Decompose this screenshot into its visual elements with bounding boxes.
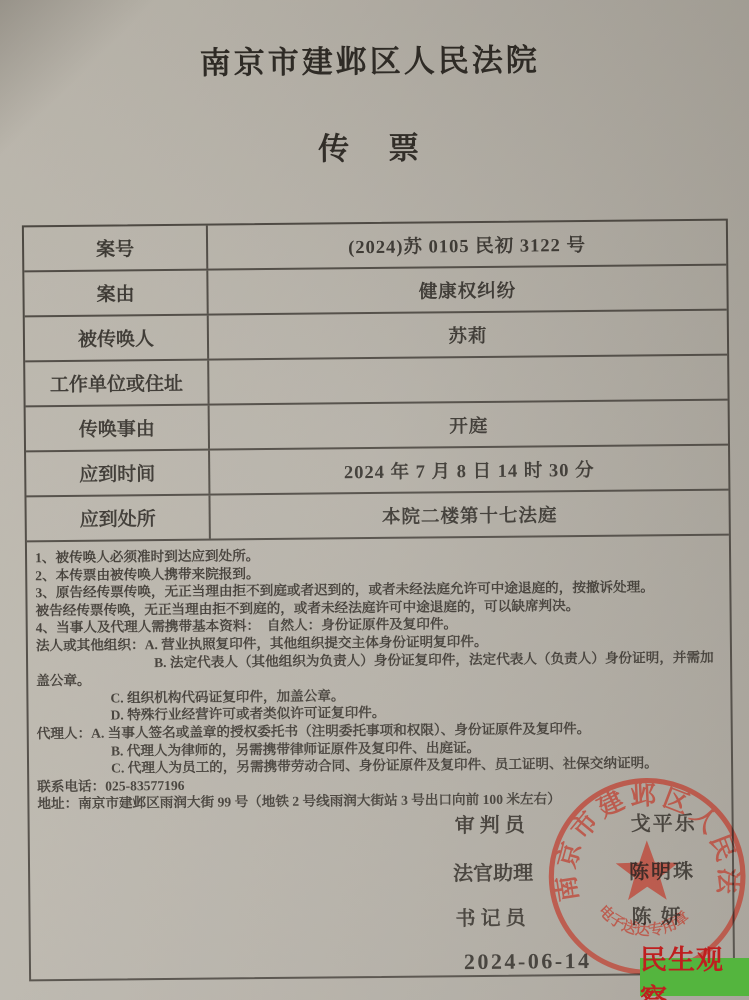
row-value: 本院二楼第十七法庭 [210,491,728,539]
svg-text:电子送达专用章: 电子送达专用章 [595,900,693,939]
row-label: 被传唤人 [25,316,209,361]
row-label: 案由 [24,271,208,316]
table-row: 应到时间 2024 年 7 月 8 日 14 时 30 分 [26,446,728,498]
table-row: 应到处所 本院二楼第十七法庭 [26,491,728,543]
row-label: 应到处所 [26,496,210,541]
document-title: 传 票 [0,119,745,171]
table-row: 传唤事由 开庭 [26,401,728,453]
court-name: 南京市建邺区人民法院 [0,32,744,84]
seal-bottom-text: 电子送达专用章 [595,900,693,939]
table-row: 被传唤人 苏莉 [25,311,727,363]
row-value [209,356,727,404]
seal-star [615,840,678,900]
row-label: 工作单位或住址 [25,361,209,406]
table-row: 工作单位或住址 [25,356,727,408]
paper: 南京市建邺区人民法院 传 票 案号 (2024)苏 0105 民初 3122 号… [0,0,749,1000]
row-value: 2024 年 7 月 8 日 14 时 30 分 [210,446,728,494]
row-value: 开庭 [210,401,728,449]
table-row: 案号 (2024)苏 0105 民初 3122 号 [24,221,726,273]
table-row: 案由 健康权纠纷 [24,266,726,318]
row-value: (2024)苏 0105 民初 3122 号 [208,221,726,269]
row-value: 苏莉 [209,311,727,359]
row-label: 传唤事由 [26,406,210,451]
row-label: 案号 [24,226,208,271]
row-label: 应到时间 [26,451,210,496]
row-value: 健康权纠纷 [208,266,726,314]
notes-section: 1、被传唤人必须准时到达应到处所。 2、本传票由被传唤人携带来院报到。 3、原告… [27,536,732,814]
watermark: 民生观察 [640,958,749,996]
